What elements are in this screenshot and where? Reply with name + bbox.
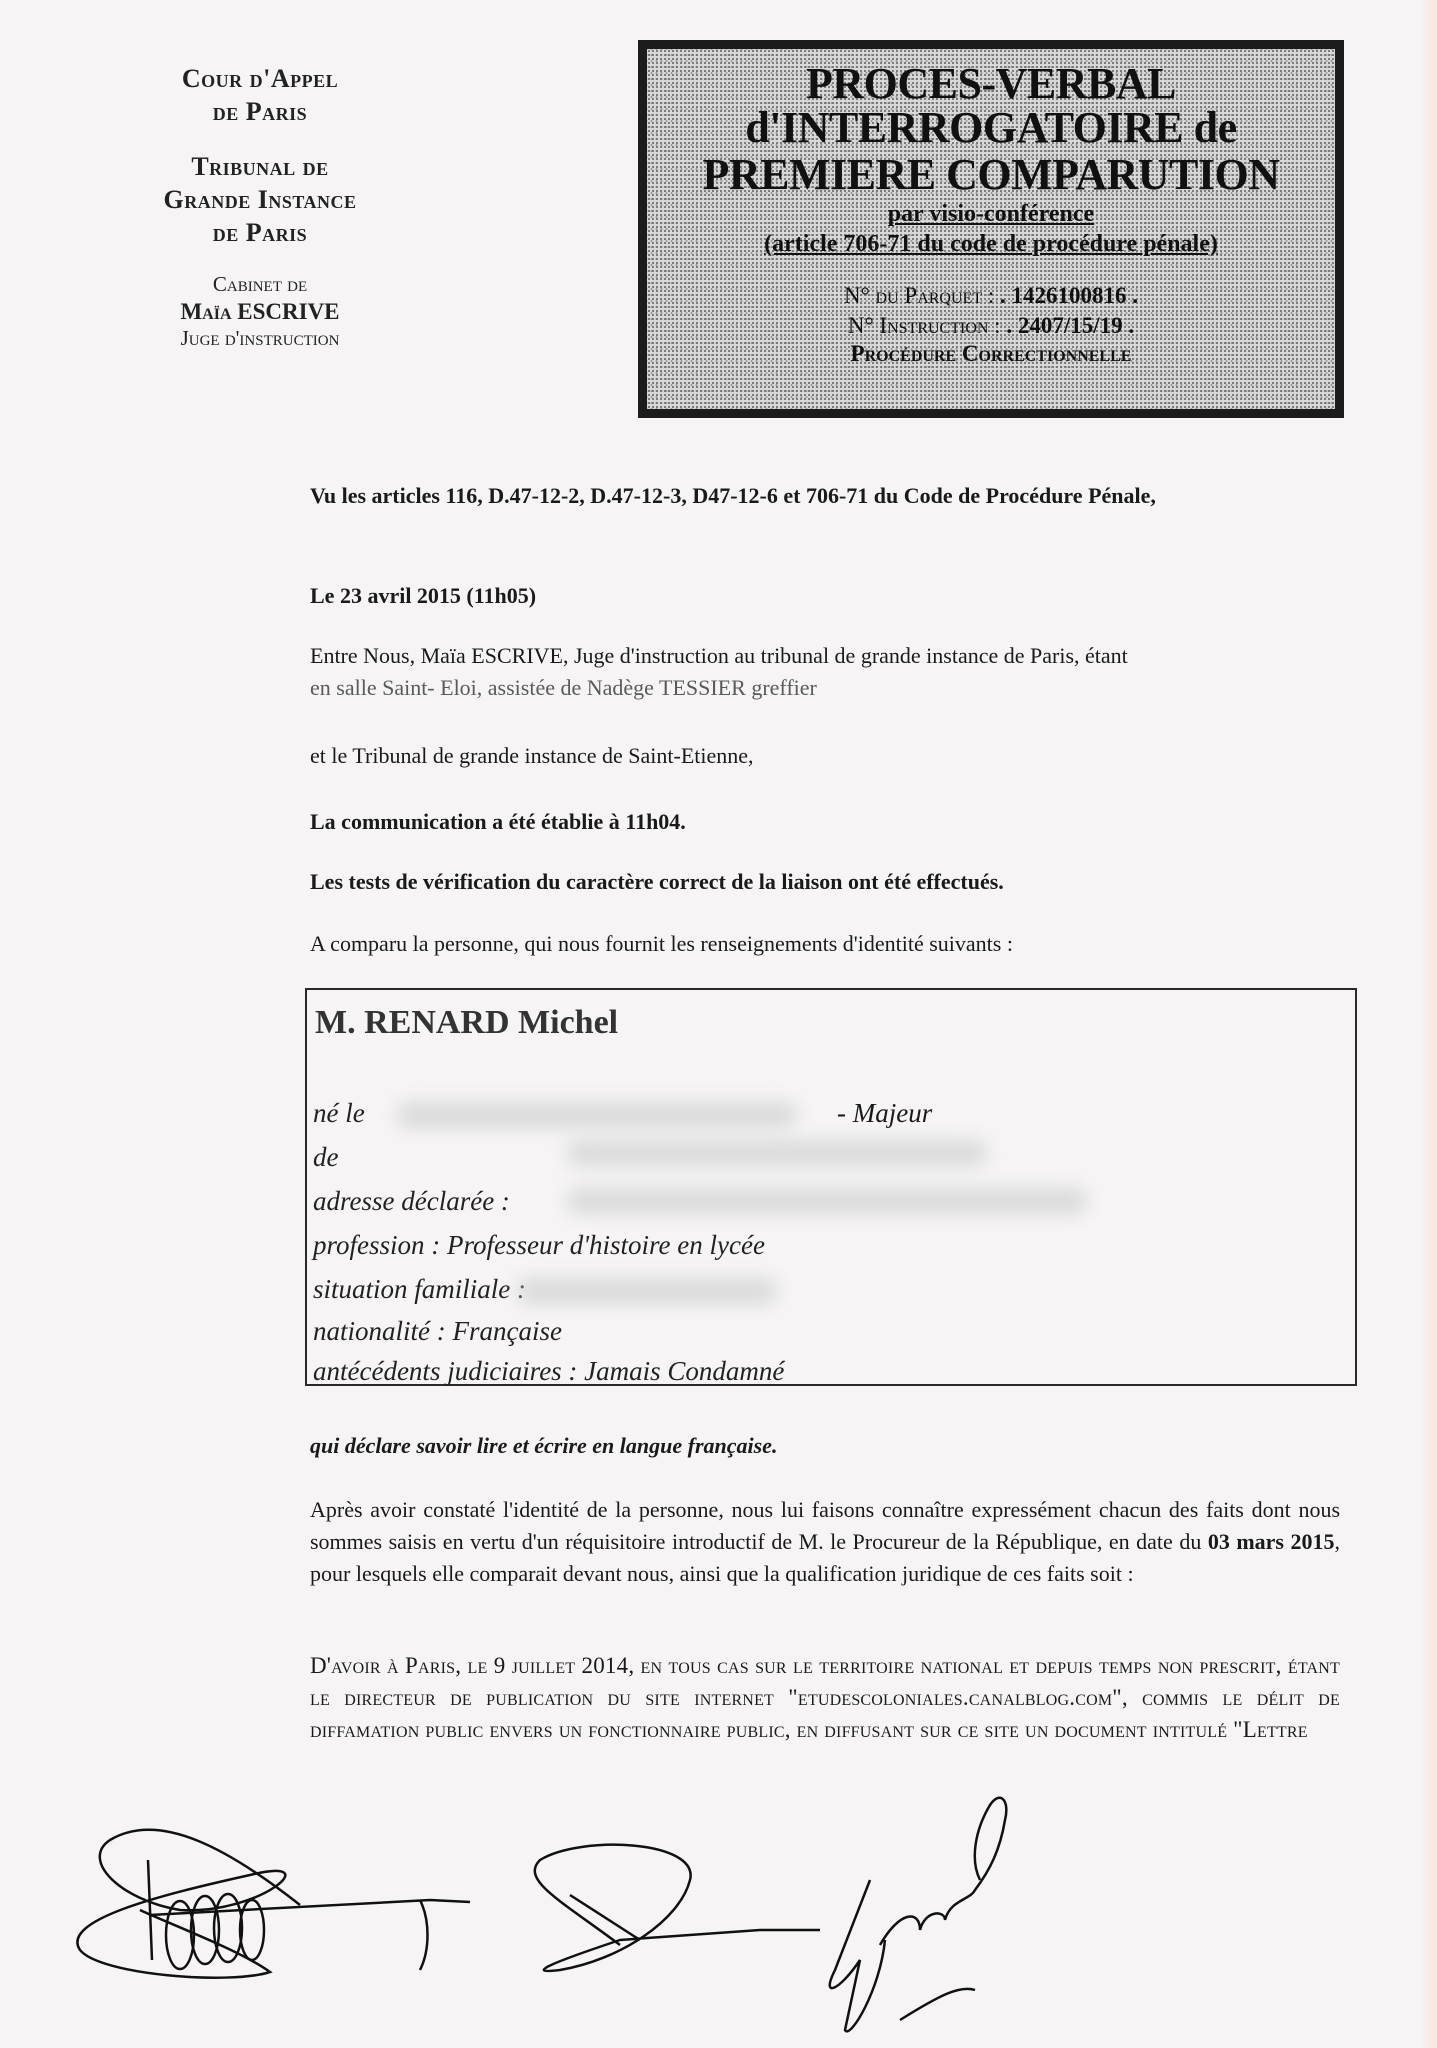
redacted-address [567, 1188, 1087, 1214]
court-header: Cour d'Appel de Paris Tribunal de Grande… [110, 62, 410, 374]
signature-1 [77, 1830, 470, 1978]
language-declaration: qui déclare savoir lire et écrire en lan… [310, 1430, 1340, 1462]
court-of-appeal: Cour d'Appel de Paris [110, 62, 410, 128]
redacted-family-status [517, 1278, 777, 1304]
address-label: adresse déclarée : [313, 1186, 510, 1217]
cabinet: Cabinet de Maïa ESCRIVE Juge d'instructi… [110, 271, 410, 352]
comparu-paragraph: A comparu la personne, qui nous fournit … [310, 928, 1340, 960]
instruction-number: . 2407/15/19 . [1006, 313, 1134, 338]
birth-date-label: né le [313, 1098, 365, 1129]
instruction-label: N° Instruction : [848, 313, 1001, 338]
signatures [0, 1760, 1437, 2048]
cabinet-label: Cabinet de [110, 271, 410, 298]
articles-paragraph: Vu les articles 116, D.47-12-2, D.47-12-… [310, 480, 1340, 512]
tribunal: Tribunal de Grande Instance de Paris [110, 150, 410, 249]
requisitoire-date: 03 mars 2015 [1208, 1529, 1335, 1554]
court-of-appeal-line-1: Cour d'Appel [110, 62, 410, 95]
signature-2 [535, 1845, 820, 1971]
charge-paragraph: D'avoir à Paris, le 9 juillet 2014, en t… [310, 1650, 1340, 1746]
entre-nous-line-1: Entre Nous, Maïa ESCRIVE, Juge d'instruc… [310, 640, 1340, 672]
entre-nous-paragraph: Entre Nous, Maïa ESCRIVE, Juge d'instruc… [310, 640, 1340, 704]
profession: profession : Professeur d'histoire en ly… [313, 1230, 765, 1261]
facts-paragraph: Après avoir constaté l'identité de la pe… [310, 1494, 1340, 1590]
parquet-number-row: N° du Parquet : . 1426100816 . [647, 281, 1335, 311]
title-subtitle-1: par visio-conférence [647, 199, 1335, 229]
entre-nous-line-2: en salle Saint- Eloi, assistée de Nadège… [310, 672, 1340, 704]
criminal-record: antécédents judiciaires : Jamais Condamn… [313, 1356, 784, 1387]
parquet-number: . 1426100816 . [1000, 283, 1138, 308]
parquet-label: N° du Parquet : [844, 283, 994, 308]
person-name: M. RENARD Michel [315, 1004, 618, 1042]
page-edge [1423, 0, 1437, 2048]
hearing-date: Le 23 avril 2015 (11h05) [310, 580, 1340, 612]
tribunal-line-2: Grande Instance [110, 183, 410, 216]
identity-box: M. RENARD Michel né le - Majeur de adres… [305, 988, 1357, 1386]
case-numbers: N° du Parquet : . 1426100816 . N° Instru… [647, 281, 1335, 341]
remote-tribunal: et le Tribunal de grande instance de Sai… [310, 740, 1340, 772]
title-line-2: d'INTERROGATOIRE de [647, 105, 1335, 151]
tribunal-line-3: de Paris [110, 216, 410, 249]
title-line-1: PROCES-VERBAL [647, 63, 1335, 105]
nationality: nationalité : Française [313, 1316, 562, 1347]
title-line-3: PREMIERE COMPARUTION [647, 151, 1335, 199]
court-of-appeal-line-2: de Paris [110, 95, 410, 128]
redacted-birth-date [397, 1102, 797, 1128]
instruction-number-row: N° Instruction : . 2407/15/19 . [647, 311, 1335, 341]
judge-role: Juge d'instruction [110, 325, 410, 352]
signature-3 [830, 1798, 1007, 2032]
family-status-label: situation familiale : [313, 1274, 526, 1305]
document-title-box: PROCES-VERBAL d'INTERROGATOIRE de PREMIE… [638, 40, 1344, 418]
link-tests: Les tests de vérification du caractère c… [310, 866, 1340, 898]
communication-established: La communication a été établie à 11h04. [310, 806, 1340, 838]
majeur-label: - Majeur [837, 1098, 932, 1129]
procedure-type: Procédure Correctionnelle [647, 341, 1335, 367]
judge-name: Maïa ESCRIVE [110, 298, 410, 325]
tribunal-line-1: Tribunal de [110, 150, 410, 183]
birth-place-label: de [313, 1142, 338, 1173]
facts-text-1: Après avoir constaté l'identité de la pe… [310, 1497, 1340, 1554]
redacted-birth-place [567, 1140, 987, 1166]
title-subtitle-2: (article 706-71 du code de procédure pén… [647, 229, 1335, 259]
